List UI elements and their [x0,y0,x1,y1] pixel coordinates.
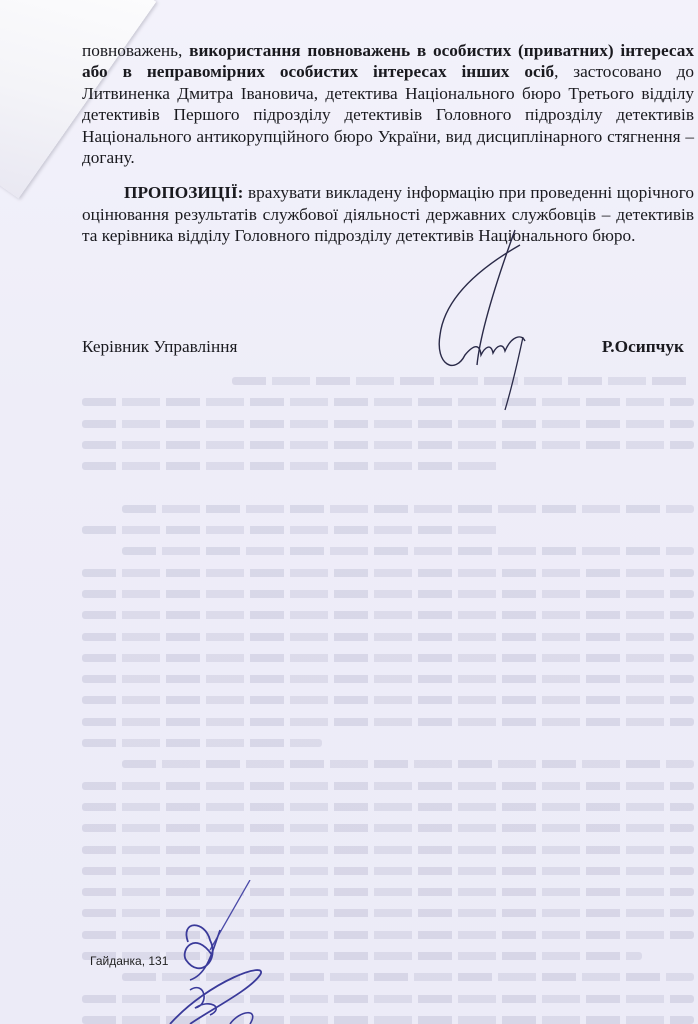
handwritten-signature [425,225,585,415]
signer-name: Р.Осипчук [602,337,684,357]
document-body: повноважень, використання повноважень в … [82,40,694,247]
ink-visa-signature [150,880,350,1024]
document-page: повноважень, використання повноважень в … [0,0,698,1024]
footer-address: Гайданка, 131 [90,954,168,968]
paragraph-disciplinary: повноважень, використання повноважень в … [82,40,694,168]
signer-role: Керівник Управління [82,337,237,357]
paragraph-proposals: ПРОПОЗИЦІЇ: врахувати викладену інформац… [82,182,694,246]
paragraph-text-start: повноважень, [82,41,189,60]
proposals-label: ПРОПОЗИЦІЇ: [124,183,243,202]
signature-block: Керівник Управління Р.Осипчук [82,337,694,363]
